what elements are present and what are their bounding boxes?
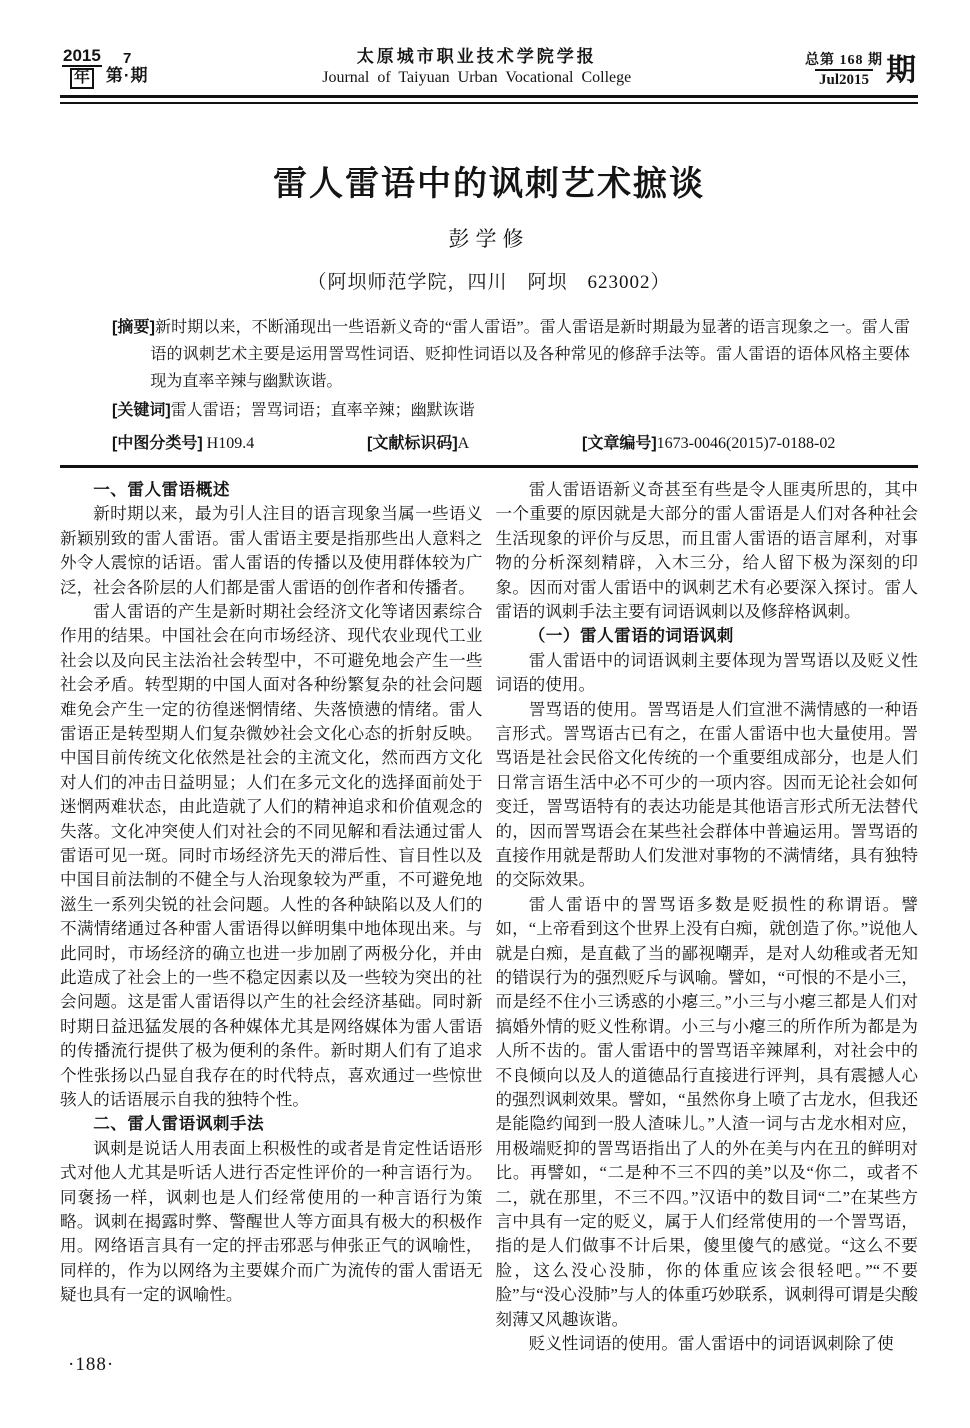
header-year: 2015 <box>62 47 102 67</box>
meta-rule <box>60 465 918 468</box>
article-id-label: [文章编号] <box>582 435 657 452</box>
section-heading-2: 二、雷人雷语讽刺手法 <box>60 1112 483 1136</box>
clc-label: [中图分类号] <box>112 435 203 452</box>
paper-page: 2015 年 7 第·期 太原城市职业技术学院学报 Journal of Tai… <box>0 0 970 1428</box>
doc-code-label: [文献标识码] <box>367 435 458 452</box>
issue-info-left: 2015 年 7 第·期 <box>62 47 149 89</box>
subsection-heading-1: （一）雷人雷语的词语讽刺 <box>496 624 919 648</box>
keywords-text: 雷人雷语；詈骂词语；直率辛辣；幽默诙谐 <box>171 402 475 419</box>
body-paragraph: 雷人雷语中的詈骂语多数是贬损性的称谓语。譬如，“上帝看到这个世界上没有白痴，就创… <box>496 893 919 1332</box>
body-paragraph: 雷人雷语中的词语讽刺主要体现为詈骂语以及贬义性词语的使用。 <box>496 649 919 698</box>
article-author: 彭学修 <box>60 223 918 253</box>
page-number: ·188· <box>68 1354 114 1376</box>
section-heading-1: 一、雷人雷语概述 <box>60 478 483 502</box>
body-paragraph: 贬义性词语的使用。雷人雷语中的词语讽刺除了使 <box>496 1332 919 1356</box>
clc-block: [中图分类号] H109.4 <box>112 430 367 457</box>
abstract-label: [摘要] <box>112 319 155 336</box>
total-issue-stack: 总第 168 期 Jul2015 <box>805 53 883 89</box>
right-column: 雷人雷语语新义奇甚至有些是令人匪夷所思的，其中一个重要的原因就是大部分的雷人雷语… <box>496 478 919 1357</box>
journal-header: 2015 年 7 第·期 太原城市职业技术学院学报 Journal of Tai… <box>60 46 918 93</box>
body-paragraph: 新时期以来，最为引人注目的语言现象当属一些语义新颖别致的雷人雷语。雷人雷语主要是… <box>60 502 483 600</box>
issue-char: 期 <box>886 56 916 86</box>
journal-name-cn: 太原城市职业技术学院学报 <box>149 46 806 68</box>
body-paragraph: 雷人雷语的产生是新时期社会经济文化等诸因素综合作用的结果。中国社会在向市场经济、… <box>60 600 483 1113</box>
keywords-label: [关键词] <box>112 402 171 419</box>
article-id-value: 1673-0046(2015)7-0188-02 <box>657 435 836 452</box>
abstract-block: [摘要]新时期以来，不断涌现出一些语新义奇的“雷人雷语”。雷人雷语是新时期最为显… <box>112 314 910 395</box>
abstract-text: 新时期以来，不断涌现出一些语新义奇的“雷人雷语”。雷人雷语是新时期最为显著的语言… <box>150 319 910 390</box>
article-meta: [摘要]新时期以来，不断涌现出一些语新义奇的“雷人雷语”。雷人雷语是新时期最为显… <box>112 314 910 457</box>
body-paragraph: 雷人雷语语新义奇甚至有些是令人匪夷所思的，其中一个重要的原因就是大部分的雷人雷语… <box>496 478 919 624</box>
total-issue: 总第 168 期 <box>805 53 883 69</box>
header-issue-label: 第·期 <box>106 67 149 85</box>
doc-code-value: A <box>458 435 470 452</box>
journal-name-block: 太原城市职业技术学院学报 Journal of Taiyuan Urban Vo… <box>149 46 806 89</box>
issue-stack: 7 第·期 <box>106 51 149 85</box>
classification-row: [中图分类号] H109.4 [文献标识码]A [文章编号]1673-0046(… <box>112 430 910 457</box>
article-id-block: [文章编号]1673-0046(2015)7-0188-02 <box>582 430 910 457</box>
header-issue-number: 7 <box>123 51 131 67</box>
keywords-block: [关键词]雷人雷语；詈骂词语；直率辛辣；幽默诙谐 <box>112 397 910 424</box>
article-body: 一、雷人雷语概述 新时期以来，最为引人注目的语言现象当属一些语义新颖别致的雷人雷… <box>60 478 918 1357</box>
issue-info-right: 总第 168 期 Jul2015 期 <box>805 53 916 89</box>
body-paragraph: 讽刺是说话人用表面上积极性的或者是肯定性话语形式对他人尤其是听话人进行否定性评价… <box>60 1137 483 1308</box>
left-column: 一、雷人雷语概述 新时期以来，最为引人注目的语言现象当属一些语义新颖别致的雷人雷… <box>60 478 483 1357</box>
body-paragraph: 詈骂语的使用。詈骂语是人们宣泄不满情感的一种语言形式。詈骂语古已有之，在雷人雷语… <box>496 698 919 893</box>
doc-code-block: [文献标识码]A <box>367 430 582 457</box>
article-title: 雷人雷语中的讽刺艺术摭谈 <box>60 156 918 205</box>
year-stack: 2015 年 <box>62 47 102 89</box>
header-rule <box>60 95 918 104</box>
clc-value: H109.4 <box>207 435 255 452</box>
article-affiliation: （阿坝师范学院，四川 阿坝 623002） <box>60 267 918 294</box>
journal-name-en: Journal of Taiyuan Urban Vocational Coll… <box>149 68 806 89</box>
issue-date: Jul2015 <box>815 69 873 89</box>
header-year-label: 年 <box>70 68 94 89</box>
